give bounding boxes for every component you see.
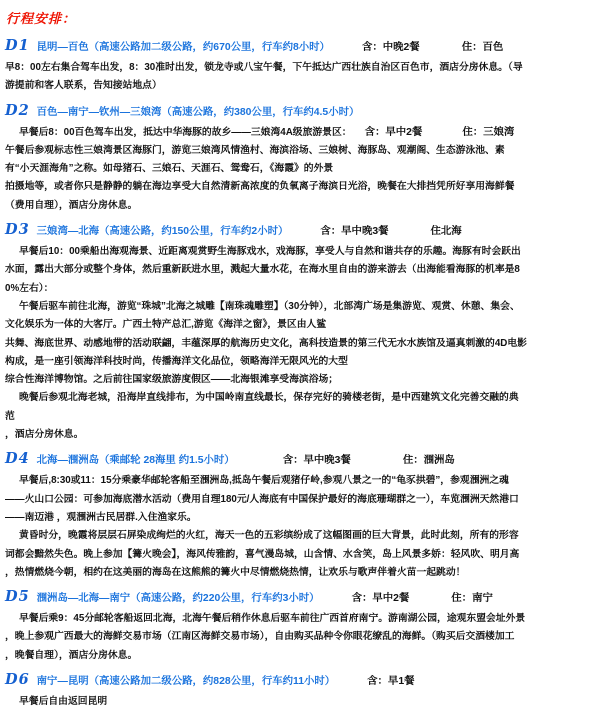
day-id: D5 [5, 588, 30, 605]
day-route: 昆明—百色（高速公路加二级公路，约670公里，行车约8小时） [37, 42, 330, 53]
paragraph-text: 早餐后8：00百色驾车出发，抵达中华海豚的故乡——三娘湾4A级旅游景区： [19, 127, 352, 138]
day-id: D4 [5, 450, 30, 467]
day-id: D2 [5, 102, 30, 119]
day-route: 涠洲岛—北海—南宁（高速公路，约220公里，行车约3小时） [37, 593, 320, 604]
day-route: 北海—涠洲岛（乘邮轮 28海里 约1.5小时） [37, 455, 235, 466]
day-route: 三娘湾—北海（高速公路，约150公里，行车约2小时） [37, 226, 289, 237]
day-section-d5: D5涠洲岛—北海—南宁（高速公路，约220公里，行车约3小时）含：早中2餐住：南… [5, 587, 591, 665]
day-paragraph: 午餐后驱车前往北海，游览“珠城”北海之城雕【南珠魂雕塑】（30分钟），北部湾广场… [5, 298, 527, 389]
day-paragraph: 晚餐后参观北海老城，沿海岸直线排布，为中国岭南直线最长，保存完好的骑楼老街，是中… [5, 389, 527, 444]
day-paragraph: 午餐后参观标志性三娘湾景区海豚门，游览三娘湾风情渔村、海滨浴场、三娘树、海豚岛、… [5, 142, 527, 215]
day-header: D1昆明—百色（高速公路加二级公路，约670公里，行车约8小时）含：中晚2餐住：… [5, 36, 591, 58]
day-paragraph: 早餐后乘9：45分邮轮客船返回北海，北海午餐后稍作休息后驱车前往广西首府南宁。游… [5, 610, 527, 665]
day-paragraph: 黄昏时分，晚霞将层层石屏染成绚烂的火红，海天一色的五彩缤纷成了这幅图画的巨大背景… [5, 527, 527, 582]
day-section-d4: D4北海—涠洲岛（乘邮轮 28海里 约1.5小时）含：早中晚3餐住：涠洲岛 早餐… [5, 449, 591, 582]
day-paragraph: 早餐后,8:30或11：15分乘豪华邮轮客船至涠洲岛,抵岛午餐后观猪仔岭,参观八… [5, 472, 527, 527]
day-paragraph: 早餐后10：00乘船出海观海景、近距离观赏野生海豚戏水，戏海豚，享受人与自然和谐… [5, 243, 527, 298]
day-stay: 住北海 [431, 226, 462, 237]
day-meals: 含：早1餐 [367, 676, 414, 687]
day-header: D2百色—南宁—钦州—三娘湾（高速公路，约380公里，行车约4.5小时） [5, 101, 591, 123]
day-meals: 含：早中2餐 [365, 127, 423, 138]
day-header: D5涠洲岛—北海—南宁（高速公路，约220公里，行车约3小时）含：早中2餐住：南… [5, 587, 591, 609]
day-section-d1: D1昆明—百色（高速公路加二级公路，约670公里，行车约8小时）含：中晚2餐住：… [5, 36, 591, 96]
day-meals: 含：早中晚3餐 [320, 226, 388, 237]
day-stay: 住：南宁 [451, 593, 493, 604]
day-paragraph: 早餐后自由返回昆明 [5, 693, 527, 711]
day-stay: 住：涠洲岛 [403, 455, 455, 466]
day-id: D3 [5, 221, 30, 238]
day-stay: 住：三娘湾 [462, 127, 514, 138]
day-header: D3三娘湾—北海（高速公路，约150公里，行车约2小时）含：早中晚3餐住北海 [5, 220, 591, 242]
day-header: D6南宁—昆明（高速公路加二级公路，约828公里，行车约11小时）含：早1餐 [5, 670, 591, 692]
itinerary-document: 行程安排： D1昆明—百色（高速公路加二级公路，约670公里，行车约8小时）含：… [0, 0, 591, 719]
day-id: D6 [5, 671, 30, 688]
page-title: 行程安排： [6, 8, 591, 27]
day-paragraph: 早餐后8：00百色驾车出发，抵达中华海豚的故乡——三娘湾4A级旅游景区：含：早中… [5, 124, 527, 142]
day-header: D4北海—涠洲岛（乘邮轮 28海里 约1.5小时）含：早中晚3餐住：涠洲岛 [5, 449, 591, 471]
day-meals: 含：早中晚3餐 [283, 455, 351, 466]
day-section-d3: D3三娘湾—北海（高速公路，约150公里，行车约2小时）含：早中晚3餐住北海 早… [5, 220, 591, 444]
day-paragraph: 早8：00左右集合驾车出发，8：30准时出发，锁龙寺或八宝午餐，下午抵达广西壮族… [5, 59, 527, 96]
day-route: 百色—南宁—钦州—三娘湾（高速公路，约380公里，行车约4.5小时） [37, 107, 360, 118]
day-stay: 住：百色 [462, 42, 504, 53]
day-meals: 含：中晚2餐 [362, 42, 420, 53]
day-route: 南宁—昆明（高速公路加二级公路，约828公里，行车约11小时） [37, 676, 335, 687]
day-id: D1 [5, 37, 30, 54]
day-section-d6: D6南宁—昆明（高速公路加二级公路，约828公里，行车约11小时）含：早1餐 早… [5, 670, 591, 711]
day-section-d2: D2百色—南宁—钦州—三娘湾（高速公路，约380公里，行车约4.5小时） 早餐后… [5, 101, 591, 215]
day-meals: 含：早中2餐 [352, 593, 410, 604]
